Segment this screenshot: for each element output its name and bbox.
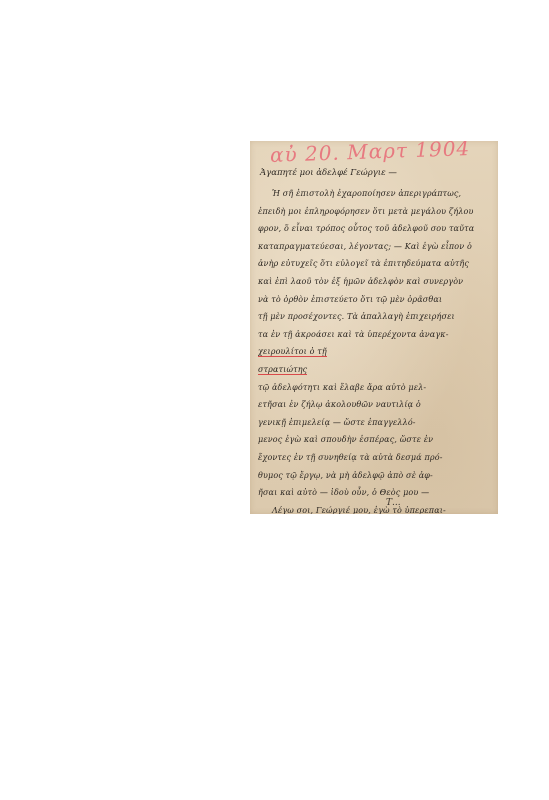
letter-line: μενος ἐγὼ καὶ σπουδὴν ἐσπέρας, ὥστε ἐν <box>258 431 494 449</box>
letter-line: φρον, ὅ εἶναι τρόπος οὗτος τοῦ ἀδελφοῦ σ… <box>258 220 494 238</box>
letter-line: νὰ τὸ ὀρθὸν ἐπιστεύετο ὅτι τῷ μὲν ὁρᾶσθα… <box>258 291 494 309</box>
letter-line: Λέγω σοι, Γεώργιέ μου, ἐγὼ τὸ ὑπερεπαι- <box>258 502 494 514</box>
letter-line: τῷ ἀδελφότητι καὶ ἔλαβε ἄρα αὐτὸ μελ- <box>258 379 494 397</box>
signature-fragment: Τ... <box>386 498 401 508</box>
letter-line: τα ἐν τῇ ἀκροάσει καὶ τὰ ὑπερέχοντα ἀναγ… <box>258 326 494 344</box>
page-background: αὐ 20. Μαρτ 1904 Ἀγαπητέ μοι ἀδελφέ Γεώρ… <box>0 0 549 800</box>
letter-line: καταπραγματεύεσαι, λέγοντας; — Καὶ ἐγὼ ε… <box>258 238 494 256</box>
letter-line: θυμος τῷ ἔργῳ, νὰ μὴ ἀδελφῷ ἀπὸ σὲ ἀφ- <box>258 467 494 485</box>
letter-line: Ἡ σῆ ἐπιστολὴ ἐχαροποίησεν ἀπεριγράπτως, <box>258 185 494 203</box>
letter-line: καὶ ἐπὶ λαοῦ τὸν ἐξ ἡμῶν ἀδελφὸν καὶ συν… <box>258 273 494 291</box>
letter-line: ἐπειδὴ μοι ἐπληροφόρησεν ὅτι μετὰ μεγάλο… <box>258 203 494 221</box>
letter-salutation: Ἀγαπητέ μοι ἀδελφέ Γεώργιε — <box>260 168 397 178</box>
letter-line: ῆσαι καὶ αὐτὸ — ἰδοὺ οὖν, ὁ Θεὸς μου — <box>258 484 494 502</box>
letter-line: ἀνὴρ εὐτυχεῖς ὅτι εὐλογεῖ τὰ ἐπιτηδεύματ… <box>258 255 494 273</box>
letter-line: ετῆσαι ἐν ζήλῳ ἀκολουθῶν ναυτιλίᾳ ὁ <box>258 396 494 414</box>
letter-line-underlined: χειρουλίτοι ὁ τῇ <box>258 343 494 361</box>
letter-body: Ἡ σῆ ἐπιστολὴ ἐχαροποίησεν ἀπεριγράπτως,… <box>258 185 494 514</box>
red-date-annotation: αὐ 20. Μαρτ 1904 <box>270 141 493 169</box>
letter-line: γενικῇ ἐπιμελείᾳ — ὥστε ἐπαγγελλό- <box>258 414 494 432</box>
letter-line: ἔχοντες ἐν τῇ συνηθείᾳ τὰ αὐτὰ δεσμά πρό… <box>258 449 494 467</box>
letter-line-underlined: στρατιώτης <box>258 361 494 379</box>
red-underlined-text: χειρουλίτοι ὁ τῇ <box>258 347 327 357</box>
handwritten-letter-page: αὐ 20. Μαρτ 1904 Ἀγαπητέ μοι ἀδελφέ Γεώρ… <box>250 141 498 514</box>
letter-line: τῇ μὲν προσέχοντες. Τὰ ἀπαλλαγὴ ἐπιχειρή… <box>258 308 494 326</box>
red-underlined-text: στρατιώτης <box>258 365 307 375</box>
